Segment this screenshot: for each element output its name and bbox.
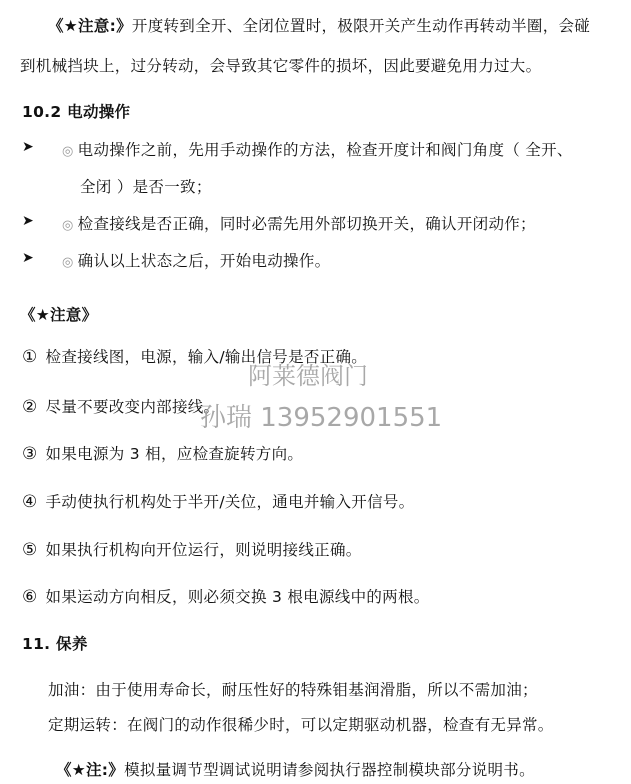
double-circle-icon: ◎ bbox=[62, 218, 74, 233]
double-circle-icon: ◎ bbox=[62, 144, 74, 159]
watermark-company: 阿莱德阀门 bbox=[248, 356, 368, 391]
bullet-3: ◎确认以上状态之后，开始电动操作。 bbox=[62, 249, 330, 271]
bullet-1-line-2: 全闭 ）是否一致； bbox=[80, 175, 212, 197]
bullet-1-line-1: ◎电动操作之前，先用手动操作的方法，检查开度计和阀门角度（ 全开、 bbox=[62, 138, 573, 160]
intro-note-text-1: 开度转到全开、全闭位置时，极限开关产生动作再转动半圈，会碰 bbox=[132, 17, 590, 35]
intro-note-line-1: 《★注意:》开度转到全开、全闭位置时，极限开关产生动作再转动半圈，会碰 bbox=[48, 14, 590, 36]
section-11-title: 11. 保养 bbox=[22, 632, 88, 654]
caution-title: 《★注意》 bbox=[20, 303, 97, 325]
footer-note: 《★注:》模拟量调节型调试说明请参阅执行器控制模块部分说明书。 bbox=[56, 758, 535, 780]
footer-note-label: 《★注:》 bbox=[56, 761, 124, 779]
maintenance-line-2: 定期运转：在阀门的动作很稀少时，可以定期驱动机器，检查有无异常。 bbox=[48, 713, 554, 735]
caution-item-4: ④手动使执行机构处于半开/关位，通电并输入开信号。 bbox=[22, 490, 414, 512]
caution-item-6: ⑥如果运动方向相反，则必须交换 3 根电源线中的两根。 bbox=[22, 585, 430, 607]
watermark-contact: 孙瑞 13952901551 bbox=[200, 397, 442, 434]
intro-note-label: 《★注意:》 bbox=[48, 17, 132, 35]
caution-item-3: ③如果电源为 3 相，应检查旋转方向。 bbox=[22, 442, 303, 464]
double-circle-icon: ◎ bbox=[62, 255, 74, 270]
bullet-2: ◎检查接线是否正确，同时必需先用外部切换开关，确认开闭动作； bbox=[62, 212, 536, 234]
caution-item-2: ②尽量不要改变内部接线。 bbox=[22, 395, 219, 417]
arrow-bullet-icon: ➤ bbox=[22, 213, 34, 229]
arrow-bullet-icon: ➤ bbox=[22, 250, 34, 266]
caution-item-5: ⑤如果执行机构向开位运行，则说明接线正确。 bbox=[22, 538, 362, 560]
intro-note-line-2: 到机械挡块上，过分转动，会导致其它零件的损坏，因此要避免用力过大。 bbox=[20, 54, 541, 76]
section-10-2-title: 10.2 电动操作 bbox=[22, 100, 130, 122]
arrow-bullet-icon: ➤ bbox=[22, 139, 34, 155]
footer-note-text: 模拟量调节型调试说明请参阅执行器控制模块部分说明书。 bbox=[124, 761, 535, 779]
maintenance-line-1: 加油：由于使用寿命长，耐压性好的特殊钼基润滑脂，所以不需加油； bbox=[48, 678, 538, 700]
